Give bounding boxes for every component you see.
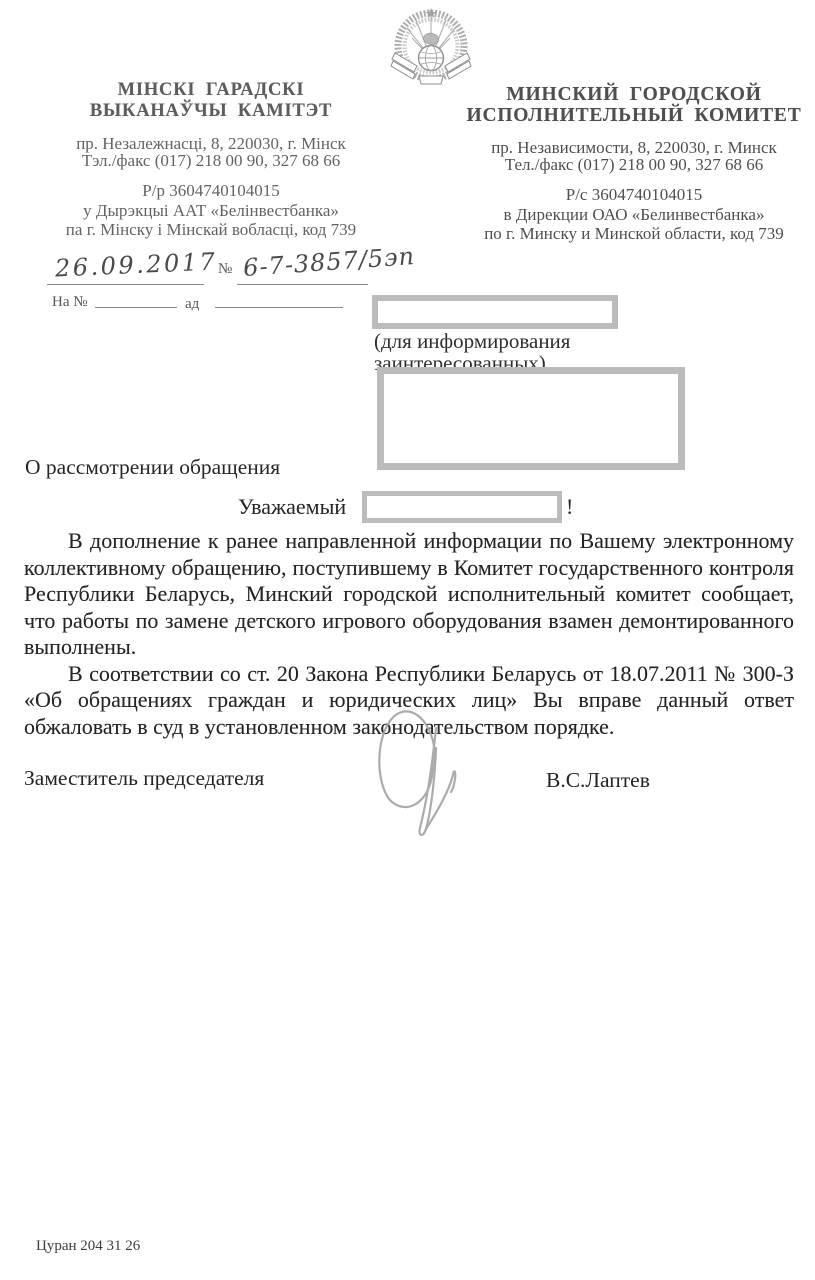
date-underline [47, 284, 204, 285]
outgoing-number-handwritten: 6-7-3857/5эп [242, 242, 416, 282]
org-name-by-line1: МІНСКІ ГАРАДСКІ [28, 80, 394, 101]
letterhead-belarusian: МІНСКІ ГАРАДСКІ ВЫКАНАЎЧЫ КАМІТЭТ пр. Не… [28, 80, 394, 240]
org-bank-by-line1: у Дырэкцыі ААТ «Белінвестбанка» [28, 201, 394, 221]
org-bank-ru-line1: в Дирекции ОАО «Белинвестбанка» [450, 205, 815, 225]
signature-autograph [372, 698, 497, 850]
org-bank-ru-line2: по г. Минску и Минской области, код 739 [450, 224, 815, 244]
salutation-prefix: Уважаемый [238, 494, 346, 520]
letterhead-russian: МИНСКИЙ ГОРОДСКОЙ ИСПОЛНИТЕЛЬНЫЙ КОМИТЕТ… [450, 84, 815, 244]
signoff-name: В.С.Лаптев [546, 768, 650, 793]
org-account-by: Р/р 3604740104015 [28, 181, 394, 201]
org-bank-by-line2: па г. Мінску і Мінскай вобласці, код 739 [28, 220, 394, 240]
redaction-box-addressee-header [372, 295, 618, 329]
reply-date-label: ад [185, 296, 199, 313]
org-phone-by: Тэл./факс (017) 218 00 90, 327 68 66 [28, 153, 394, 170]
signoff-position: Заместитель председателя [24, 766, 264, 791]
body-paragraph-1: В дополнение к ранее направленной информ… [24, 528, 794, 661]
number-underline [237, 284, 368, 285]
org-account-ru: Р/с 3604740104015 [450, 185, 815, 205]
number-sign-label: № [218, 261, 232, 278]
reply-number-label: На № [52, 294, 88, 311]
org-name-ru-line2: ИСПОЛНИТЕЛЬНЫЙ КОМИТЕТ [450, 105, 815, 126]
org-name-ru-line1: МИНСКИЙ ГОРОДСКОЙ [450, 84, 815, 105]
redaction-box-recipient-name [362, 491, 562, 523]
outgoing-date-handwritten: 26.09.2017 [54, 247, 217, 282]
subject-line: О рассмотрении обращения [25, 455, 280, 480]
reply-date-underline [215, 307, 343, 308]
executor-contact: Цуран 204 31 26 [36, 1238, 140, 1255]
reply-number-underline [95, 307, 177, 308]
org-name-by-line2: ВЫКАНАЎЧЫ КАМІТЭТ [28, 101, 394, 122]
belarus-coat-of-arms-icon [383, 6, 479, 86]
salutation-suffix: ! [566, 494, 573, 520]
redaction-box-addressee-address [377, 367, 685, 470]
scanned-letter-page: МІНСКІ ГАРАДСКІ ВЫКАНАЎЧЫ КАМІТЭТ пр. Не… [0, 0, 815, 1280]
org-phone-ru: Тел./факс (017) 218 00 90, 327 68 66 [450, 157, 815, 174]
